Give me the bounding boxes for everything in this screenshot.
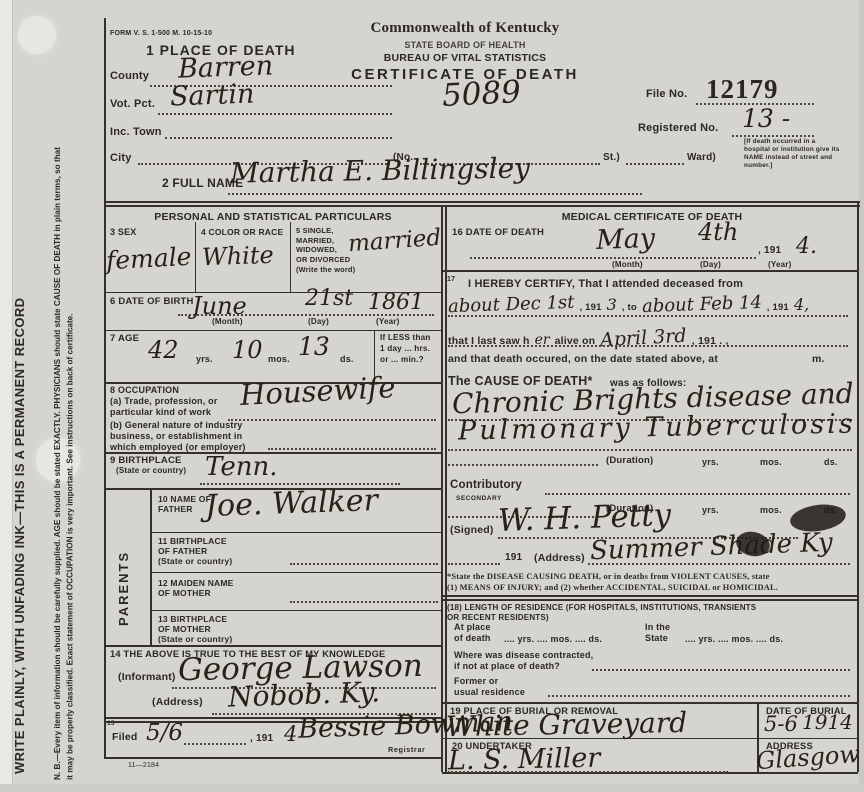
death-occurred-m: m.	[812, 353, 825, 365]
filed-leader	[184, 742, 246, 745]
certify-line: I HEREBY CERTIFY, That I attended deceas…	[468, 278, 743, 290]
father-birthplace-label: 11 BIRTHPLACE OF FATHER (State or countr…	[158, 536, 232, 567]
footnote-bottom-line-1	[442, 595, 858, 597]
informant-label: (Informant)	[118, 671, 176, 683]
parents-row-line-2	[150, 572, 442, 573]
year-leader	[448, 562, 500, 565]
residence-label: (18) LENGTH OF RESIDENCE (FOR HOSPITALS,…	[447, 603, 756, 622]
precinct-value: Sartin	[169, 79, 254, 113]
file-no-value: 12179	[706, 74, 779, 105]
column-divider-2	[445, 205, 447, 772]
registrar-label: Registrar	[388, 745, 425, 754]
inc-town-leader	[165, 136, 392, 139]
mother-birthplace-label: 13 BIRTHPLACE OF MOTHER (State or countr…	[158, 614, 232, 645]
cell-line-race-marital	[290, 222, 291, 292]
filed-item-no: 15	[107, 720, 115, 727]
margin-nb-note: N. B.—Every item of information should b…	[52, 140, 98, 780]
burial-date-day: 5-6	[764, 712, 798, 736]
attended-to-year-printed: , 191	[767, 302, 789, 313]
residence-at-place-units: .... yrs. .... mos. .... ds.	[504, 634, 602, 644]
residence-former: Former or usual residence	[454, 676, 525, 698]
age-mos-label: mos.	[268, 354, 290, 364]
attended-to-year-handwritten: 4,	[794, 295, 809, 314]
state-board-heading: STATE BOARD OF HEALTH	[340, 40, 590, 50]
burial-date-year: 1914	[802, 710, 853, 734]
signed-year-printed: 191	[505, 552, 522, 563]
cert-left-border	[104, 18, 106, 758]
file-no-label: File No.	[646, 88, 687, 100]
filed-year-handwritten: 4	[284, 722, 297, 746]
age-years-value: 42	[148, 336, 179, 364]
age-days-value: 13	[298, 332, 330, 361]
city-ward-label: Ward)	[687, 152, 716, 163]
residence-in-the: In the State	[645, 622, 670, 644]
filed-year-printed: , 191	[250, 733, 273, 744]
city-st-label: St.)	[603, 152, 620, 163]
rule-under-name-1	[104, 201, 860, 203]
duration-mos-2: mos.	[760, 505, 782, 515]
cause-leader-2	[448, 448, 852, 451]
footnote-bottom-line-2	[442, 599, 858, 601]
signed-address-label: (Address)	[534, 552, 585, 564]
age-ds-label: ds.	[340, 354, 354, 364]
dob-sub-month: (Month)	[212, 317, 243, 326]
attended-from-year-handwritten: 3	[607, 295, 617, 314]
occupation-leader-1	[228, 418, 436, 421]
county-label: County	[110, 70, 149, 82]
informant-address-label: (Address)	[152, 696, 203, 708]
father-name-value: Joe. Walker	[204, 483, 378, 524]
dob-day-value: 21st	[305, 286, 353, 311]
birthplace-sub-label: (State or country)	[116, 466, 186, 475]
age-less-than-note: If LESS than 1 day ... hrs. or ... min.?	[380, 332, 431, 365]
signed-label: (Signed)	[450, 524, 494, 536]
footnote-line-2: (1) MEANS OF INJURY; and (2) whether ACC…	[447, 583, 778, 592]
date-of-death-label: 16 DATE OF DEATH	[452, 227, 544, 238]
father-name-label: 10 NAME OF FATHER	[158, 494, 211, 514]
dob-label: 6 DATE OF BIRTH	[110, 296, 194, 307]
secondary-label: SECONDARY	[456, 495, 502, 502]
scan-right-edge	[859, 0, 864, 792]
parents-strip-label: PARENTS	[116, 516, 131, 626]
dob-sub-day: (Day)	[308, 317, 329, 326]
occupation-value: Housewife	[239, 370, 396, 412]
dod-sub-year: (Year)	[768, 260, 791, 269]
bureau-heading: BUREAU OF VITAL STATISTICS	[340, 52, 590, 64]
certify-item-no: 17	[447, 276, 455, 283]
residence-disease-question: Where was disease contracted, if not at …	[454, 650, 593, 672]
full-name-value: Martha E. Billingsley	[230, 151, 530, 189]
dob-sub-year: (Year)	[376, 317, 399, 326]
dob-leader	[178, 313, 434, 316]
full-name-leader	[228, 192, 642, 195]
mother-name-label: 12 MAIDEN NAME OF MOTHER	[158, 578, 234, 598]
city-leader-3	[626, 162, 684, 165]
cert-right-border	[857, 201, 859, 772]
occupation-leader-2	[268, 447, 436, 450]
occupation-a-label: (a) Trade, profession, or particular kin…	[110, 396, 218, 418]
death-certificate-scan: WRITE PLAINLY, WITH UNFADING INK—THIS IS…	[0, 0, 864, 792]
city-label: City	[110, 152, 132, 164]
precinct-leader	[158, 112, 392, 115]
age-yrs-label: yrs.	[196, 354, 213, 364]
filed-date-value: 5/6	[146, 720, 183, 746]
parents-strip-line	[150, 488, 152, 645]
physician-signature: W. H. Petty	[497, 497, 671, 539]
parents-row-line-1	[150, 532, 442, 533]
mother-name-leader	[290, 600, 438, 603]
dob-year-value: 1861	[368, 290, 424, 315]
marital-value: married	[347, 225, 442, 257]
registered-no-label: Registered No.	[638, 122, 718, 134]
residence-in-the-units: .... yrs. .... mos. .... ds.	[685, 634, 783, 644]
duration-leader-1	[448, 463, 598, 466]
duration-label-1: (Duration)	[606, 455, 653, 466]
footnote-line-1: *State the DISEASE CAUSING DEATH, or in …	[447, 572, 770, 581]
date-of-death-year-handwritten: 4.	[796, 234, 817, 259]
attended-leader	[448, 314, 848, 317]
rule-under-name-2	[104, 205, 860, 207]
attended-to-label: , to	[622, 302, 637, 313]
filed-label: Filed	[112, 731, 138, 743]
dod-sub-month: (Month)	[612, 260, 643, 269]
age-label: 7 AGE	[110, 333, 139, 344]
residence-at-place: At place of death	[454, 622, 491, 644]
birthplace-value: Tenn.	[205, 452, 277, 482]
death-occurred-line: and that death occured, on the date stat…	[448, 353, 718, 365]
age-months-value: 10	[232, 336, 263, 364]
row-line-2	[104, 330, 442, 331]
sex-value: female	[105, 242, 192, 275]
hospital-note: [If death occurred in a hospital or inst…	[744, 138, 840, 170]
date-of-death-leader	[470, 256, 756, 259]
attended-from-year-printed: , 191	[579, 302, 601, 313]
cause-line-2: Pulmonary Tuberculosis	[458, 409, 856, 447]
residence-bottom-line	[442, 702, 858, 704]
scan-bottom-edge	[0, 784, 864, 792]
commonwealth-heading: Commonwealth of Kentucky	[340, 20, 590, 37]
precinct-label: Vot. Pct.	[110, 98, 155, 110]
dod-bottom-line	[442, 270, 858, 272]
duration-yrs-2: yrs.	[702, 505, 719, 515]
left-column-bottom-line	[104, 757, 442, 759]
occupation-label: 8 OCCUPATION	[110, 385, 179, 395]
date-of-death-year-printed: , 191	[758, 245, 781, 256]
contributory-label: Contributory	[450, 479, 522, 491]
date-of-death-day: 4th	[698, 218, 738, 246]
form-code: 11—2184	[128, 762, 159, 769]
personal-section-title: PERSONAL AND STATISTICAL PARTICULARS	[104, 211, 442, 223]
residence-former-leader	[548, 694, 850, 697]
last-saw-date: April 3rd	[600, 325, 688, 351]
residence-disease-leader	[592, 668, 850, 671]
parents-bottom-line	[104, 645, 442, 647]
registered-no-leader	[732, 134, 814, 137]
informant-address-value: Nobob. Ky.	[227, 675, 380, 713]
duration-yrs-1: yrs.	[702, 457, 719, 467]
inc-town-label: Inc. Town	[110, 126, 162, 138]
date-of-death-month: May	[595, 223, 655, 256]
last-saw-leader	[448, 344, 848, 347]
race-label: 4 COLOR OR RACE	[201, 227, 283, 237]
undertaker-leader	[448, 770, 728, 773]
margin-permanent-record-note: WRITE PLAINLY, WITH UNFADING INK—THIS IS…	[12, 84, 27, 774]
signed-address-leader	[588, 562, 850, 565]
father-birthplace-leader	[290, 562, 438, 565]
parents-row-line-3	[150, 610, 442, 611]
contributory-leader	[545, 492, 850, 495]
certificate-number-handwritten: 5089	[441, 74, 522, 114]
duration-ds-1: ds.	[824, 457, 838, 467]
punch-hole-top	[18, 16, 56, 54]
medical-section-title: MEDICAL CERTIFICATE OF DEATH	[446, 211, 858, 223]
registered-no-value: 13 -	[742, 104, 790, 133]
attended-dates-row: about Dec 1st , 191 3 , to about Feb 14 …	[448, 294, 809, 315]
occupation-b-label: (b) General nature of industry business,…	[110, 420, 246, 452]
birthplace-label: 9 BIRTHPLACE	[110, 455, 182, 466]
race-value: White	[202, 241, 275, 271]
duration-mos-1: mos.	[760, 457, 782, 467]
sex-label: 3 SEX	[110, 227, 137, 237]
dod-sub-day: (Day)	[700, 260, 721, 269]
form-number: FORM V. S. 1-500 M. 10-15-10	[110, 30, 212, 37]
cell-line-sex-race	[195, 222, 196, 292]
